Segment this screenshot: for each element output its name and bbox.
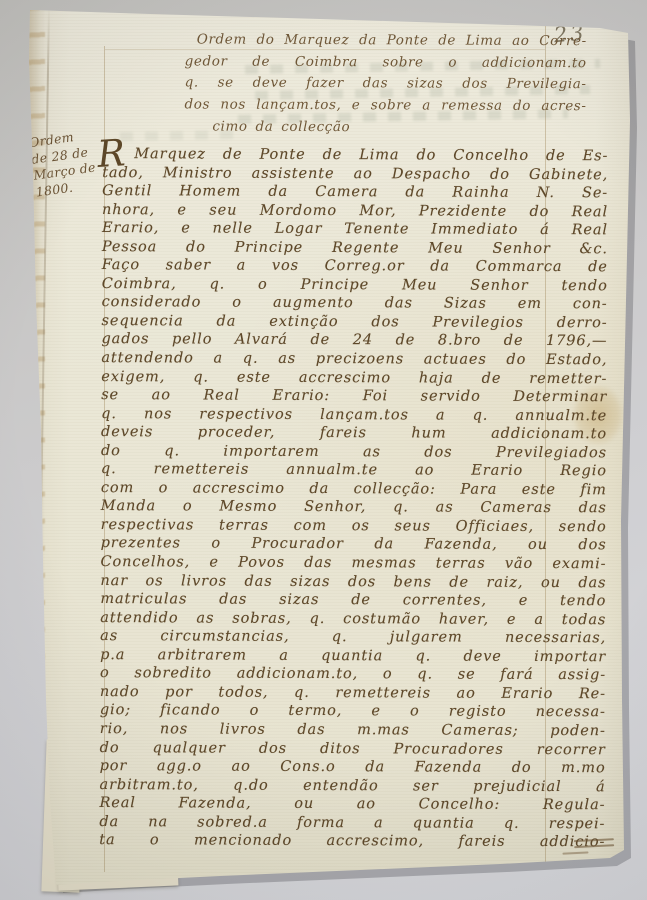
- manuscript-line: gados pello Alvará de 24 de 8.bro de 179…: [101, 331, 607, 352]
- manuscript-line: da na sobred.a forma a quantia q. respei…: [99, 813, 605, 834]
- manuscript-line: do q. importarem as dos Previlegiados: [101, 442, 607, 463]
- body-text: Marquez de Ponte de Lima do Concelho de …: [99, 145, 608, 852]
- header-line: gedor de Coimbra sobre o addicionam.to: [185, 51, 587, 74]
- manuscript-line: p.a arbitrarem a quantia q. deve importa…: [100, 646, 606, 667]
- manuscript-line: nado por todos, q. remettereis ao Erario…: [100, 683, 606, 704]
- header-line: dos nos lançam.tos, e sobre a remessa do…: [184, 95, 586, 118]
- manuscript-line: Marquez de Ponte de Lima do Concelho de …: [102, 145, 608, 166]
- manuscript-line: do qualquer dos ditos Procuradores recor…: [100, 739, 606, 760]
- header-line: cimo da collecção: [184, 116, 586, 139]
- manuscript-line: as circumstancias, q. julgarem necessari…: [100, 627, 606, 648]
- manuscript-line: q. remettereis annualm.te ao Erario Regi…: [101, 460, 607, 481]
- manuscript-line: sequencia da extinção dos Previlegios de…: [102, 312, 608, 333]
- manuscript-line: rio, nos livros das m.mas Cameras; poden…: [100, 720, 606, 741]
- manuscript-line: o sobredito addicionam.to, o q. se fará …: [100, 664, 606, 685]
- manuscript-line: considerado o augmento das Sizas em con-: [102, 293, 608, 314]
- manuscript-line: ta o mencionado accrescimo, fareis addic…: [99, 831, 605, 852]
- manuscript-line: deveis proceder, fareis hum addicionam.t…: [101, 423, 607, 444]
- paper-sheet: 23 Ordem do Marquez da Ponte de Lima ao …: [0, 0, 647, 900]
- manuscript-line: Coimbra, q. o Principe Meu Senhor tendo: [102, 275, 608, 296]
- end-flourish-mark: [574, 838, 615, 858]
- manuscript-line: se ao Real Erario: Foi servido Determina…: [101, 386, 607, 407]
- manuscript-line: respectivas terras com os seus Officiaes…: [101, 516, 607, 537]
- manuscript-line: por agg.o ao Cons.o da Fazenda do m.mo: [100, 757, 606, 778]
- manuscript-line: Manda o Mesmo Senhor, q. as Cameras das: [101, 497, 607, 518]
- header-line: Ordem do Marquez da Ponte de Lima ao Cor…: [185, 29, 587, 52]
- manuscript-line: Real Fazenda, ou ao Concelho: Regula-: [99, 794, 605, 815]
- manuscript-line: nhora, e seu Mordomo Mor, Prezidente do …: [102, 201, 608, 222]
- manuscript-line: attendendo a q. as precizoens actuaes do…: [101, 349, 607, 370]
- manuscript-line: q. nos respectivos lançam.tos a q. annua…: [101, 405, 607, 426]
- manuscript-line: arbitram.to, q.do entendão ser prejudici…: [99, 776, 605, 797]
- manuscript-line: com o accrescimo da collecção: Para este…: [101, 479, 607, 500]
- manuscript-line: Erario, e nelle Logar Tenente Immediato …: [102, 219, 608, 240]
- manuscript-line: exigem, q. este accrescimo haja de remet…: [101, 368, 607, 389]
- manuscript-line: attendido as sobras, q. costumão haver, …: [100, 609, 606, 630]
- manuscript-line: prezentes o Procurador da Fazenda, ou do…: [101, 535, 607, 556]
- manuscript-line: tado, Ministro assistente ao Despacho do…: [102, 164, 608, 185]
- manuscript-line: Concelhos, e Povos das mesmas terras vão…: [100, 553, 606, 574]
- manuscript-line: nar os livros das sizas dos bens de raiz…: [100, 572, 606, 593]
- manuscript-line: Gentil Homem da Camera da Rainha N. Se-: [102, 182, 608, 203]
- manuscript-photo: 23 Ordem do Marquez da Ponte de Lima ao …: [0, 0, 647, 900]
- header-line: q. se deve fazer das sizas dos Previlegi…: [185, 73, 587, 96]
- manuscript-line: gio; ficando o termo, e o registo necess…: [100, 701, 606, 722]
- header-summary: Ordem do Marquez da Ponte de Lima ao Cor…: [184, 29, 586, 139]
- manuscript-content: 23 Ordem do Marquez da Ponte de Lima ao …: [0, 0, 647, 900]
- manuscript-line: Pessoa do Principe Regente Meu Senhor &c…: [102, 238, 608, 259]
- manuscript-line: matriculas das sizas de correntes, e ten…: [100, 590, 606, 611]
- manuscript-line: Faço saber a vos Correg.or da Commarca d…: [102, 256, 608, 277]
